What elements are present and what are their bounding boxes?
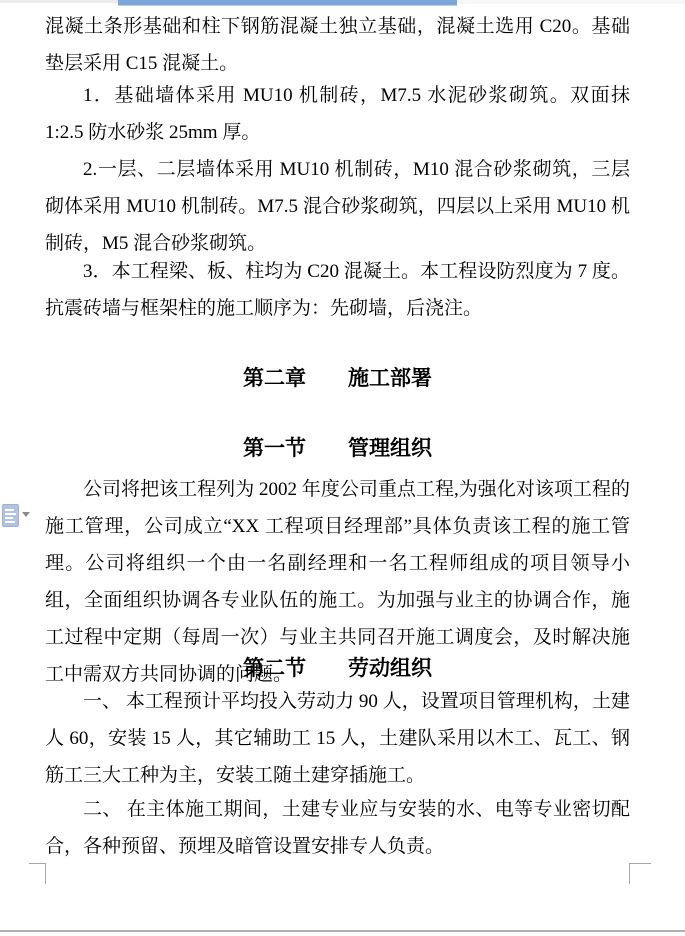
body-paragraph: 混凝土条形基础和柱下钢筋混凝土独立基础，混凝土选用 C20。基础垫层采用 C15… (45, 8, 630, 82)
document-page: 混凝土条形基础和柱下钢筋混凝土独立基础，混凝土选用 C20。基础垫层采用 C15… (0, 0, 685, 936)
paste-options-smart-tag[interactable] (2, 504, 32, 528)
scrollbar-track-left (0, 0, 118, 3)
text-boundary-mark-left (29, 863, 46, 884)
chapter-heading: 第二章 施工部署 (45, 363, 630, 393)
chevron-down-icon[interactable] (22, 512, 30, 517)
top-scrollbar (0, 0, 685, 5)
scrollbar-track-right (457, 0, 685, 4)
clipboard-paste-icon[interactable] (2, 504, 19, 527)
bottom-divider (0, 930, 685, 932)
scrollbar-thumb[interactable] (118, 0, 457, 6)
body-paragraph: 3．本工程梁、板、柱均为 C20 混凝土。本工程设防烈度为 7 度。抗震砖墙与框… (45, 253, 630, 327)
section-heading: 第一节 管理组织 (45, 433, 630, 463)
text-boundary-mark-right (629, 863, 651, 884)
body-paragraph: 1．基础墙体采用 MU10 机制砖，M7.5 水泥砂浆砌筑。双面抹 1:2.5 … (45, 77, 630, 151)
section-heading: 第二节 劳动组织 (45, 653, 630, 683)
body-paragraph: 一、 本工程预计平均投入劳动力 90 人，设置项目管理机构，土建人 60，安装 … (45, 683, 630, 794)
body-paragraph: 二、 在主体施工期间，土建专业应与安装的水、电等专业密切配合，各种预留、预埋及暗… (45, 791, 630, 865)
body-paragraph: 2.一层、二层墙体采用 MU10 机制砖，M10 混合砂浆砌筑，三层砌体采用 M… (45, 151, 630, 262)
